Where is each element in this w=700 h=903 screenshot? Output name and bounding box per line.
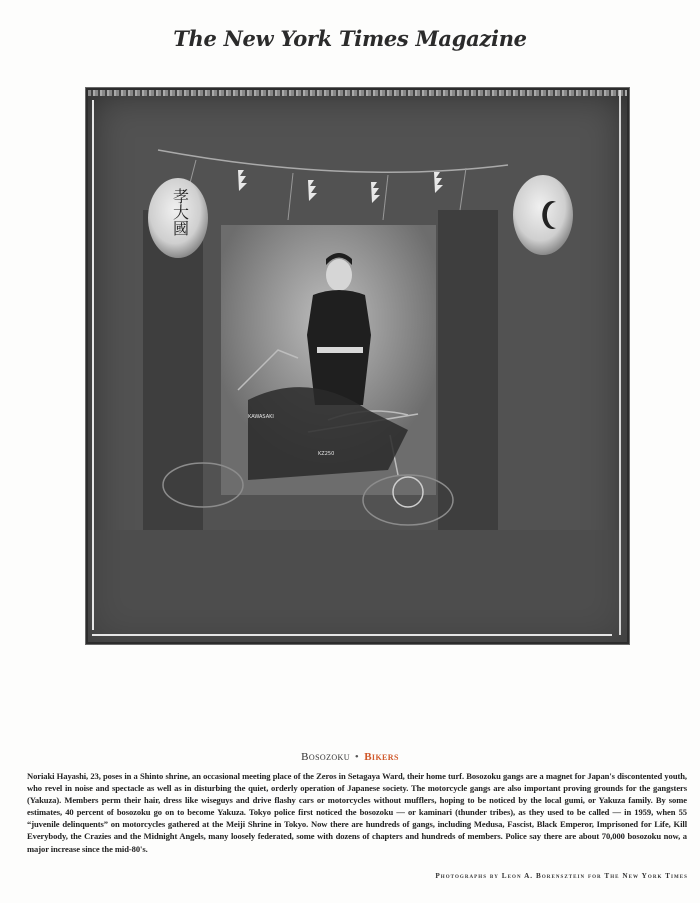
caption-body: Noriaki Hayashi, 23, poses in a Shinto s… [27,770,687,855]
photo-border-line [92,634,612,636]
photo-scene: 孝大國 KAWASAKI KZ250 [88,90,627,642]
photograph: 孝大國 KAWASAKI KZ250 [86,88,629,644]
figure-head [326,259,352,291]
photo-credit: Photographs by Leon A. Borensztein for T… [435,872,688,880]
bike-model-text: KZ250 [318,451,334,457]
photo-border-line [92,100,94,630]
caption-headline: Bikers [364,751,399,763]
shimenawa-rope [158,150,508,172]
caption-kicker: Bosozoku [301,751,350,763]
masthead: The New York Times Magazine [0,26,700,51]
lantern-left-text: 孝大國 [171,188,190,236]
photo-border-line [619,90,621,635]
shide-streamers [238,170,443,203]
caption-heading: Bosozoku•Bikers [0,751,700,763]
caption-separator: • [355,751,359,763]
bike-brand-text: KAWASAKI [248,414,274,420]
figure-belt [317,347,363,353]
